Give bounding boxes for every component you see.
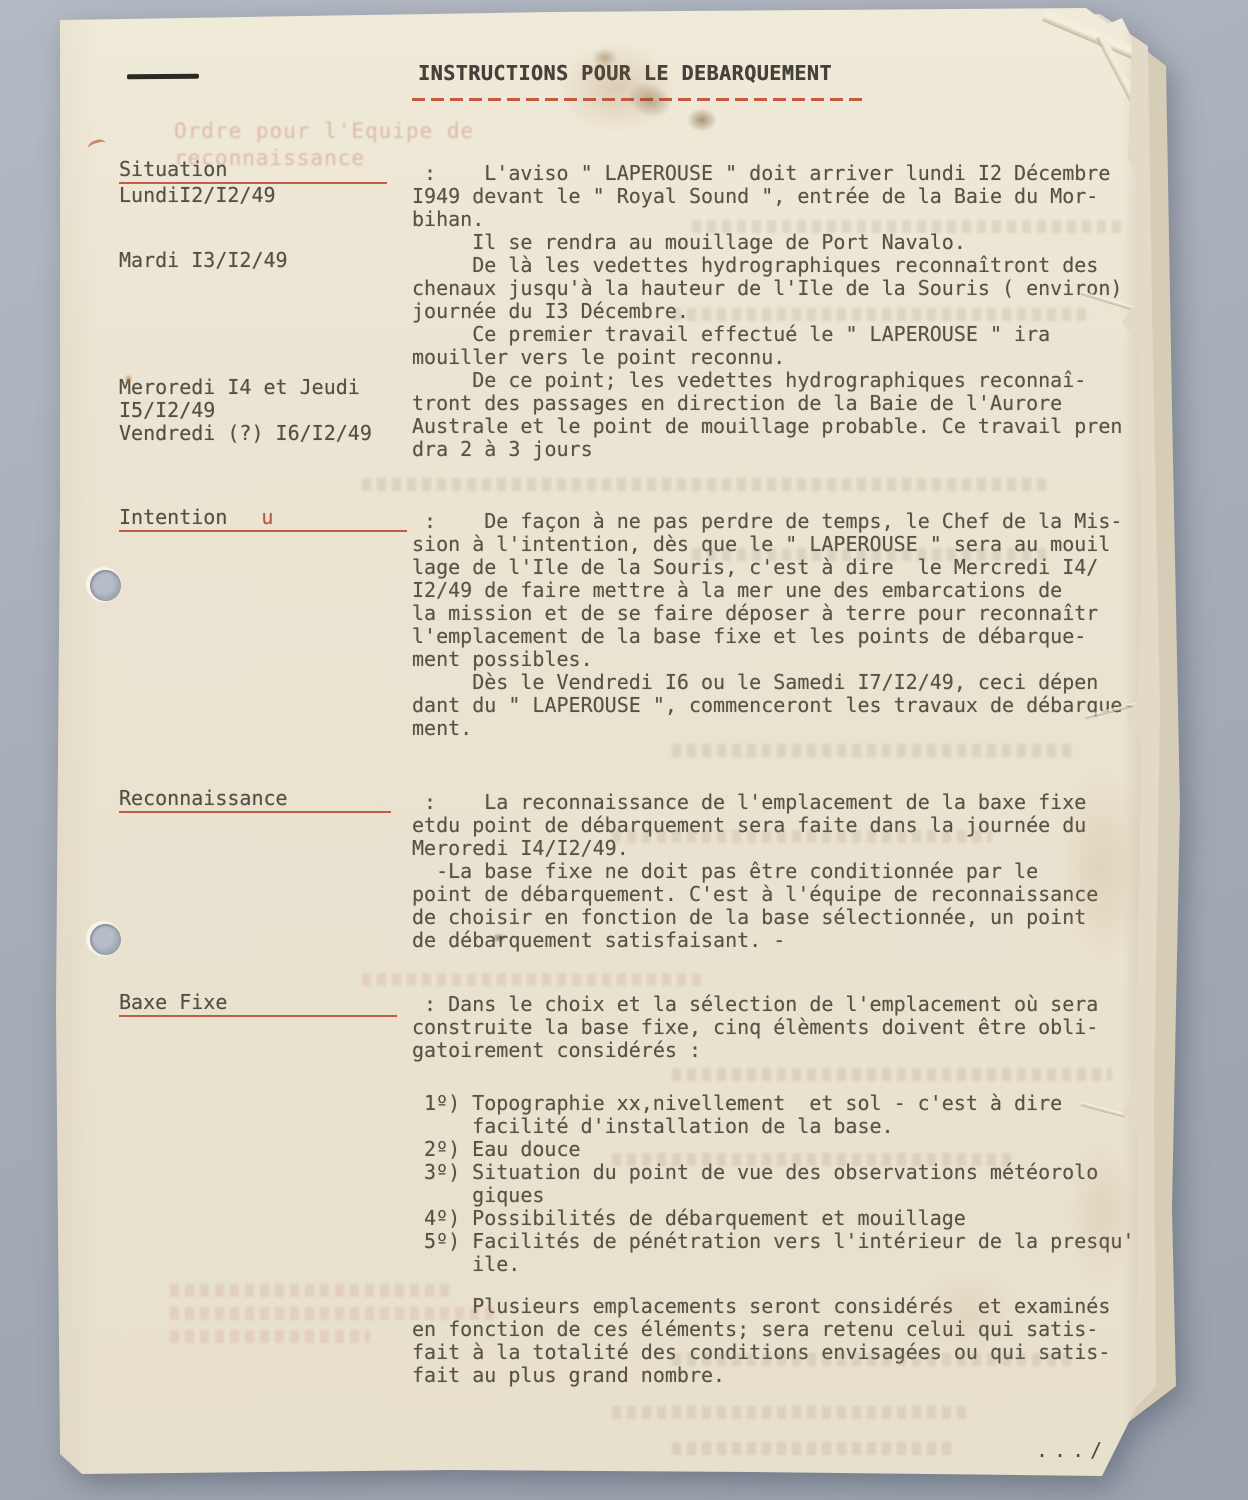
margin-block-situation: Situation LundiI2/I2/49 (119, 158, 387, 207)
top-left-ink-mark (127, 74, 199, 80)
situation-date: LundiI2/I2/49 (119, 184, 387, 207)
section-label-situation: Situation (119, 158, 387, 184)
punch-hole-bottom (90, 924, 121, 955)
bleedthrough-smudge (612, 1153, 1012, 1166)
scan-scene: INSTRUCTIONS POUR LE DEBARQUEMENT Ordre … (0, 0, 1248, 1500)
stain (687, 108, 717, 132)
margin-block-reconnaissance: Reconnaissance (119, 787, 391, 813)
document-title: INSTRUCTIONS POUR LE DEBARQUEMENT (418, 61, 832, 85)
section-label-base-fixe: Baxe Fixe (119, 991, 397, 1017)
margin-block-intention: Intentionu (119, 506, 407, 532)
section-label-intention: Intentionu (119, 506, 407, 532)
margin-block-base-fixe: Baxe Fixe (119, 991, 397, 1017)
continuation-mark: .../. (1036, 1440, 1126, 1460)
bleedthrough-smudge (362, 973, 702, 986)
bleedthrough-smudge (672, 1353, 1072, 1366)
section-label-reconnaissance: Reconnaissance (119, 787, 391, 813)
base-fixe-intro-text: : Dans le choix et la sélection de l'emp… (412, 993, 1098, 1062)
stray-red-char: u (261, 505, 273, 529)
margin-date-mardi: Mardi I3/I2/49 (119, 249, 288, 272)
bleedthrough-smudge (672, 744, 1072, 757)
bleedthrough-smudge (692, 220, 1122, 233)
bleedthrough-smudge (362, 478, 1052, 491)
bleedthrough-smudge (672, 308, 1092, 321)
bleedthrough-smudge (612, 1406, 972, 1419)
bleedthrough-smudge (672, 1442, 952, 1455)
red-pencil-mark (87, 137, 108, 153)
bleedthrough-smudge (170, 1307, 500, 1320)
punch-hole-top (90, 570, 121, 601)
title-underline (412, 98, 864, 101)
bleedthrough-smudge (170, 1284, 450, 1297)
closing-text: Plusieurs emplacements seront considérés… (412, 1295, 1110, 1387)
bleedthrough-smudge (672, 1068, 1112, 1081)
bleedthrough-smudge (170, 1330, 370, 1343)
paper-stack: INSTRUCTIONS POUR LE DEBARQUEMENT Ordre … (0, 0, 1248, 1500)
bleedthrough-smudge (692, 548, 1052, 561)
reconnaissance-text: : La reconnaissance de l'emplacement de … (412, 791, 1098, 952)
bleedthrough-smudge (612, 830, 992, 843)
intention-text: : De façon à ne pas perdre de temps, le … (412, 510, 1134, 740)
criteria-list: 1º) Topographie xx,nivellement et sol - … (424, 1092, 1134, 1276)
document-page: INSTRUCTIONS POUR LE DEBARQUEMENT Ordre … (52, 8, 1188, 1478)
margin-dates-mercredi: Meroredi I4 et Jeudi I5/I2/49 Vendredi (… (119, 376, 372, 445)
stain (557, 43, 677, 133)
intention-label-text: Intention (119, 505, 227, 529)
